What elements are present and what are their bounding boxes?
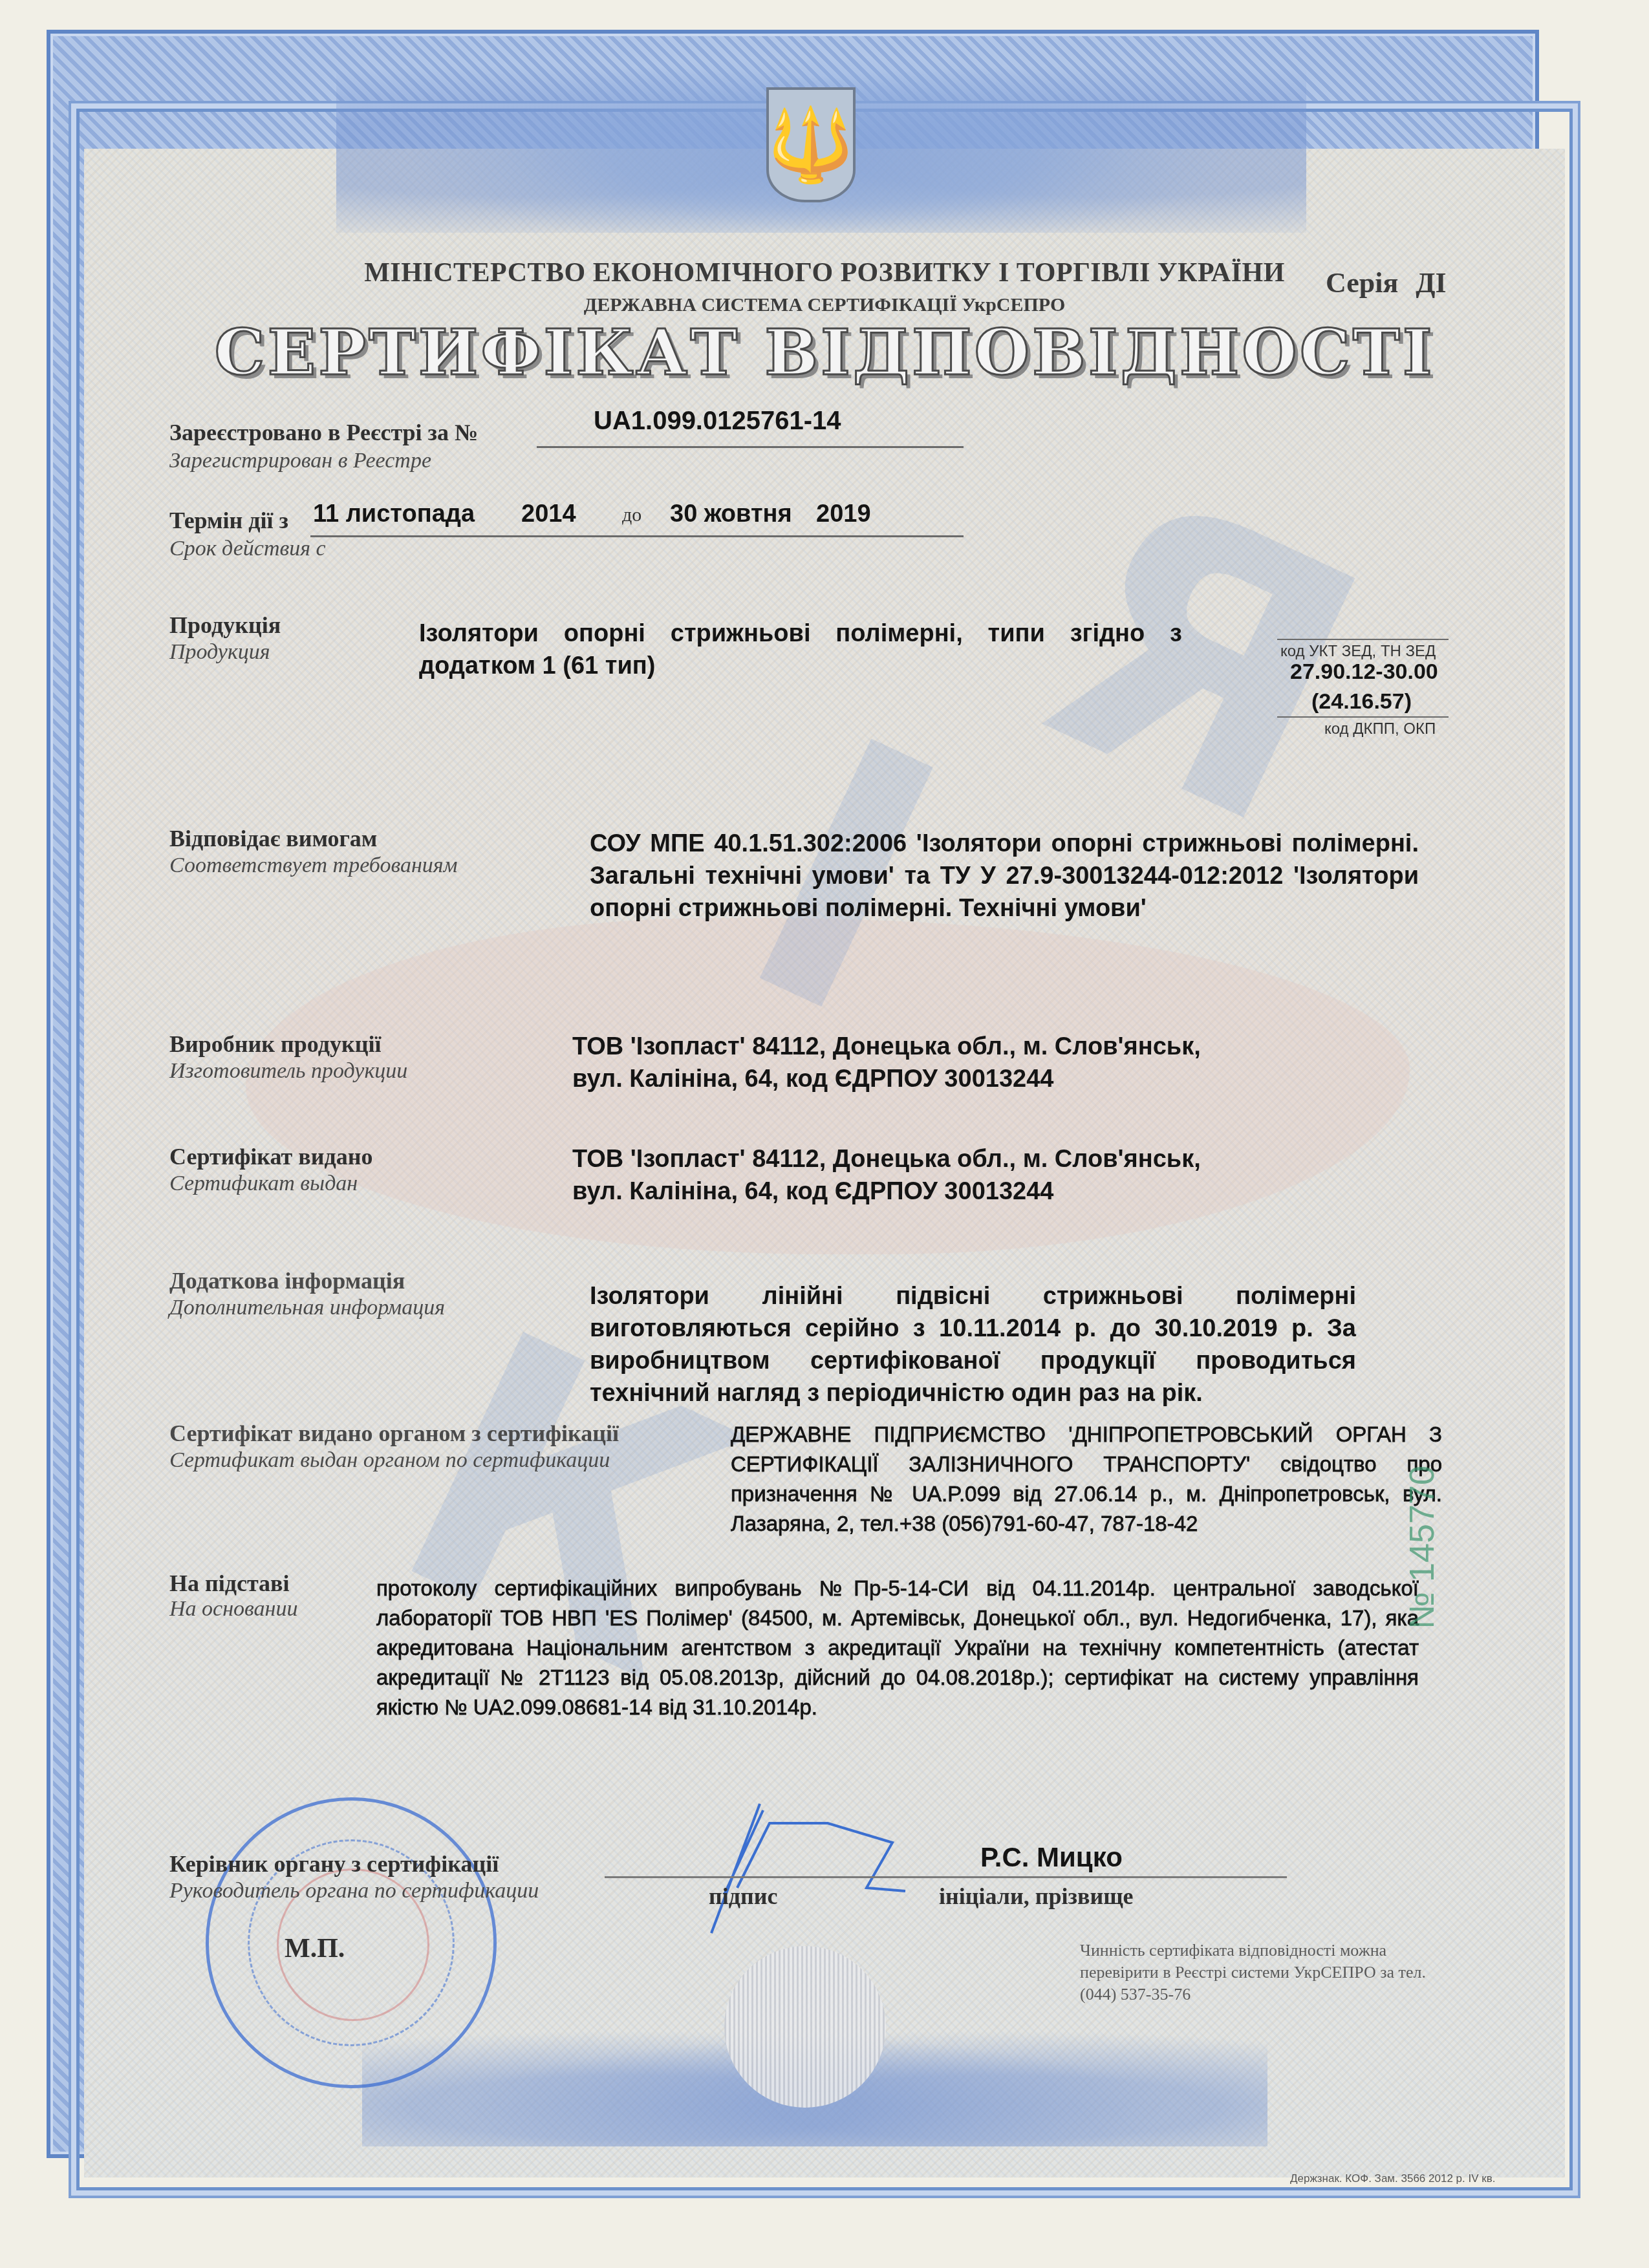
code-uktzed-value: 27.90.12-30.00	[1290, 659, 1438, 685]
validity-from-year: 2014	[521, 498, 576, 530]
page-title: СЕРТИФІКАТ ВІДПОВІДНОСТІ	[0, 316, 1649, 390]
certification-body-label-ru: Сертификат выдан органом по сертификации	[169, 1448, 610, 1473]
signature-mark	[698, 1791, 931, 1940]
validity-to-date: 30 жовтня	[670, 498, 792, 530]
certification-body-value: ДЕРЖАВНЕ ПІДПРИЄМСТВО 'ДНІПРОПЕТРОВСЬКИЙ…	[731, 1420, 1442, 1539]
additional-label-ru: Дополнительная информация	[169, 1296, 445, 1320]
product-value: Ізолятори опорні стрижньові полімерні, т…	[419, 617, 1182, 682]
hologram-seal	[724, 1946, 886, 2108]
trident-coat-of-arms-icon: 🔱	[766, 87, 856, 202]
registry-label: Зареєстровано в Реєстрі за №	[169, 419, 478, 446]
signatory-name: Р.С. Мицко	[980, 1841, 1123, 1874]
basis-label-ru: На основании	[169, 1597, 297, 1621]
validity-label-ru: Срок действия с	[169, 537, 326, 561]
registry-label-ru: Зарегистрирован в Реестре	[169, 449, 431, 473]
additional-value: Ізолятори лінійні підвісні стрижньові по…	[590, 1280, 1356, 1409]
validity-from-date: 11 листопада	[313, 498, 475, 530]
verification-note: Чинність сертифіката відповідності можна…	[1080, 1940, 1455, 2006]
official-stamp	[206, 1797, 497, 2088]
issued-to-label: Сертифікат видано	[169, 1143, 372, 1170]
registry-underline	[537, 446, 964, 448]
requirements-label: Відповідає вимогам	[169, 825, 377, 852]
code-uktzed-label: код УКТ ЗЕД, ТН ЗЕД	[1280, 643, 1436, 661]
code-dkpp-label: код ДКПП, ОКП	[1324, 720, 1436, 738]
signatory-label: Керівник органу з сертифікації	[169, 1850, 499, 1878]
validity-to-year: 2019	[816, 498, 871, 530]
signatory-label-ru: Руководитель органа по сертификации	[169, 1879, 539, 1903]
code-dkpp-value: (24.16.57)	[1311, 689, 1412, 714]
product-code-topline	[1277, 639, 1449, 640]
product-label: Продукція	[169, 612, 281, 639]
requirements-value: СОУ МПЕ 40.1.51.302:2006 'Ізолятори опор…	[590, 828, 1419, 925]
basis-label: На підставі	[169, 1570, 290, 1597]
basis-value: протоколу сертифікаційних випробувань №П…	[376, 1574, 1419, 1722]
product-label-ru: Продукция	[169, 640, 270, 665]
signature-underline	[605, 1876, 1287, 1878]
name-caption: ініціали, прізвище	[939, 1883, 1134, 1910]
manufacturer-line2: вул. Калініна, 64, код ЄДРПОУ 30013244	[572, 1063, 1053, 1095]
validity-to-label: до	[622, 504, 641, 526]
product-code-underline	[1277, 716, 1449, 718]
certification-body-label: Сертифікат видано органом з сертифікації	[169, 1420, 619, 1447]
series-text: Серія	[1326, 267, 1398, 299]
additional-label: Додаткова інформація	[169, 1267, 405, 1294]
issued-to-line2: вул. Калініна, 64, код ЄДРПОУ 30013244	[572, 1175, 1053, 1208]
manufacturer-label-ru: Изготовитель продукции	[169, 1059, 407, 1084]
serial-number: № 145770	[1402, 1466, 1442, 1629]
series-label: Серія ДІ	[1326, 266, 1447, 299]
manufacturer-label: Виробник продукції	[169, 1031, 381, 1058]
registry-number: UA1.099.0125761-14	[594, 405, 841, 437]
seal-place-mark: М.П.	[285, 1933, 345, 1964]
signature-caption: підпис	[709, 1883, 777, 1910]
manufacturer-line1: ТОВ 'Ізопласт' 84112, Донецька обл., м. …	[572, 1031, 1201, 1063]
printer-mark: Держзнак. КОФ. Зам. 3566 2012 р. IV кв.	[1290, 2172, 1495, 2185]
requirements-label-ru: Соответствует требованиям	[169, 853, 457, 878]
validity-label: Термін дії з	[169, 507, 288, 534]
issued-to-label-ru: Сертификат выдан	[169, 1171, 358, 1196]
validity-underline	[310, 535, 964, 537]
series-value: ДІ	[1416, 267, 1446, 299]
issued-to-line1: ТОВ 'Ізопласт' 84112, Донецька обл., м. …	[572, 1143, 1201, 1175]
